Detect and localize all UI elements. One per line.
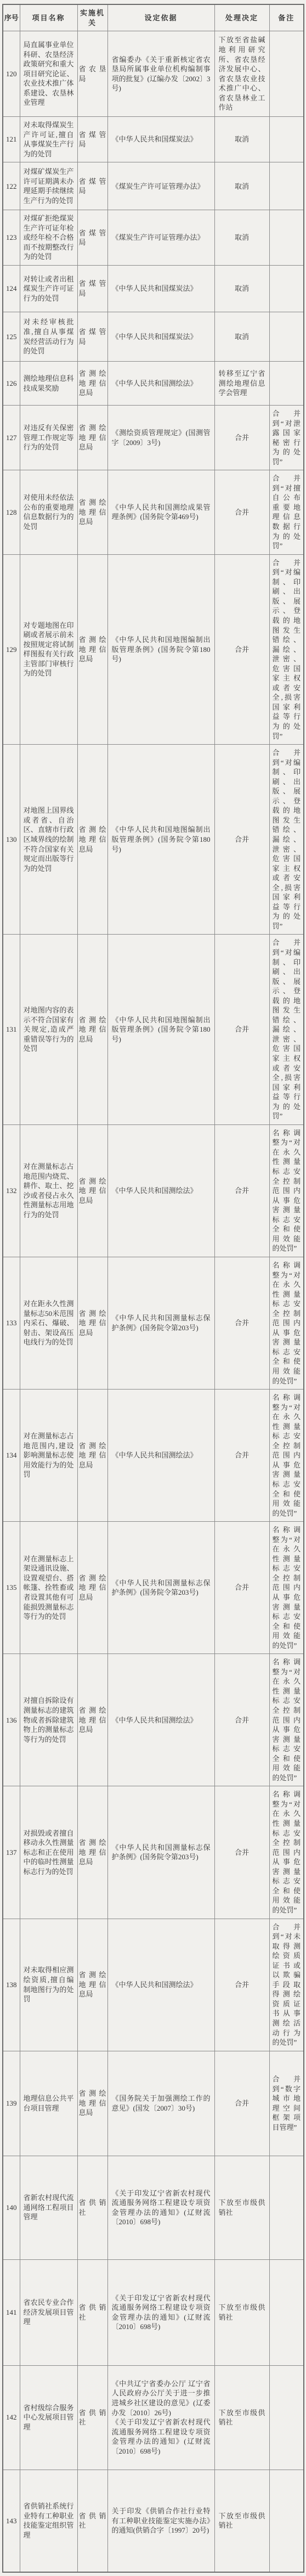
table-row: 137对损毁或者擅自移动永久性测量标志和正在使用中的临时性测量标志行为的处罚省测… (3, 1786, 304, 1919)
cell-basis: 《中华人民共和国地图编制出版管理条例》(国务院令第180号) (107, 745, 214, 935)
cell-num: 134 (3, 1390, 20, 1522)
cell-basis: 《中华人民共和国测量标志保护条例》(国务院令第203号) (107, 1786, 214, 1919)
cell-name: 对专题地图在印刷或者展示前未按照规定将试制样图报有关行政主管部门审核行为的处罚 (20, 554, 77, 744)
cell-name: 对未取得煤炭生产许可证,擅自从事煤炭生产行为的处罚 (20, 117, 77, 162)
cell-agency: 省测绘地理信息局 (77, 935, 107, 1124)
column-header-num: 序号 (3, 4, 20, 31)
cell-basis: 省编委办《关于重新核定省农垦局所属事业单位机构编制事项的批复》(辽编办发〔200… (107, 31, 214, 117)
cell-basis: 《中华人民共和国煤炭法》 (107, 266, 214, 312)
cell-decision: 转移至辽宁省测绘地理信息学会管理 (214, 362, 269, 406)
cell-agency: 省测绘地理信息局 (77, 1124, 107, 1257)
cell-remark (269, 362, 304, 406)
table-row: 121对未取得煤炭生产许可证,擅自从事煤炭生产行为的处罚省煤管局《中华人民共和国… (3, 117, 304, 162)
header-row: 序号 项目名称 实施机关 设定依据 处理决定 备注 (3, 4, 304, 31)
cell-remark: 名称调整为“对在永久性测量标志安全控制范围内从事危害测量标志安全和使用效能的处罚… (269, 1522, 304, 1654)
cell-agency: 省供销社 (77, 2470, 107, 2572)
cell-num: 138 (3, 1919, 20, 2051)
cell-num: 130 (3, 745, 20, 935)
cell-basis: 《煤炭生产许可证管理办法》 (107, 162, 214, 210)
cell-name: 省农民专业合作经济发展项目管理 (20, 2259, 77, 2365)
table-row: 122对煤矿煤炭生产许可证期满未办理延期手续继续生产行为的处罚省煤管局《煤炭生产… (3, 162, 304, 210)
cell-decision: 下放至市级供销社 (214, 2156, 269, 2259)
table-row: 134对在测量标志占地范围内,建设影响测量标志使用效能行为的处罚省测绘地理信息局… (3, 1390, 304, 1522)
cell-agency: 省煤管局 (77, 266, 107, 312)
cell-remark (269, 117, 304, 162)
table-row: 142省村级综合服务中心发展项目管理省供销社《中共辽宁省委办公厅 辽宁省人民政府… (3, 2365, 304, 2470)
cell-basis: 《中华人民共和国测绘法》 (107, 1919, 214, 2051)
cell-basis: 《中华人民共和国测量标志保护条例》(国务院令第203号) (107, 1257, 214, 1389)
cell-decision: 取消 (214, 162, 269, 210)
table-row: 135对在测量标志上架设通讯设施、设置观望台、搭帐篷、拴牲畜或者设置其他有可能损… (3, 1522, 304, 1654)
cell-remark: 名称调整为“对在永久性测量标志安全控制范围内从事危害测量标志安全和使用效能的处罚… (269, 1390, 304, 1522)
table-row: 132对在测量标志占地范围内烧荒、耕作、取土、挖沙或者侵占永久性测量标志用地行为… (3, 1124, 304, 1257)
cell-agency: 省煤管局 (77, 210, 107, 266)
table-row: 123对煤矿拒绝煤炭生产许可证年检或经年检不合格而不按期整改行为的处罚省煤管局《… (3, 210, 304, 266)
cell-decision: 合并 (214, 1390, 269, 1522)
cell-num: 131 (3, 935, 20, 1124)
cell-decision: 合并 (214, 554, 269, 744)
table-row: 141省农民专业合作经济发展项目管理省供销社《关于印发辽宁省新农村现代流通服务网… (3, 2259, 304, 2365)
cell-name: 对擅自拆除设有测量标志的建筑物或者拆除建筑物上的测量标志等行为的处罚 (20, 1654, 77, 1786)
cell-remark: 合并到“对泄露国家秘密行为的处罚” (269, 406, 304, 470)
table-header: 序号 项目名称 实施机关 设定依据 处理决定 备注 (3, 4, 304, 31)
cell-num: 140 (3, 2156, 20, 2259)
cell-basis: 《中华人民共和国测绘法》 (107, 1390, 214, 1522)
cell-decision: 取消 (214, 266, 269, 312)
table-row: 133对在距永久性测量标志50米范围内采石、爆破、射击、架设高压电线行为的处罚省… (3, 1257, 304, 1389)
cell-num: 141 (3, 2259, 20, 2365)
cell-agency: 省农垦局 (77, 31, 107, 117)
cell-num: 132 (3, 1124, 20, 1257)
table-row: 129对专题地图在印刷或者展示前未按照规定将试制样图报有关行政主管部门审核行为的… (3, 554, 304, 744)
cell-basis: 《中华人民共和国煤炭法》 (107, 117, 214, 162)
cell-agency: 省测绘地理信息局 (77, 362, 107, 406)
cell-name: 对在测量标志上架设通讯设施、设置观望台、搭帐篷、拴牲畜或者设置其他有可能损毁测量… (20, 1522, 77, 1654)
cell-name: 对损毁或者擅自移动永久性测量标志和正在使用中的临时性测量标志行为的处罚 (20, 1786, 77, 1919)
cell-decision: 下放至市级供销社 (214, 2259, 269, 2365)
cell-name: 对在距永久性测量标志50米范围内采石、爆破、射击、架设高压电线行为的处罚 (20, 1257, 77, 1389)
approval-items-table: 序号 项目名称 实施机关 设定依据 处理决定 备注 120局直属事业单位科研、农… (2, 4, 304, 2573)
cell-remark: 名称调整为“对在永久性测量标志安全控制范围内从事危害测量标志安全和使用效能的处罚… (269, 1786, 304, 1919)
column-header-decision: 处理决定 (214, 4, 269, 31)
cell-remark: 名称调整为“对在永久性测量标志安全控制范围内从事危害测量标志安全和使用效能的处罚… (269, 1654, 304, 1786)
cell-agency: 省测绘地理信息局 (77, 1919, 107, 2051)
cell-name: 对在测量标志占地范围内,建设影响测量标志使用效能行为的处罚 (20, 1390, 77, 1522)
table-row: 126测绘地理信息科技成果奖励省测绘地理信息局《中华人民共和国测绘法》转移至辽宁… (3, 362, 304, 406)
cell-agency: 省供销社 (77, 2259, 107, 2365)
cell-remark (269, 2259, 304, 2365)
cell-decision: 合并 (214, 1654, 269, 1786)
document-page: 序号 项目名称 实施机关 设定依据 处理决定 备注 120局直属事业单位科研、农… (0, 0, 306, 2576)
cell-remark (269, 2470, 304, 2572)
cell-decision: 合并 (214, 1786, 269, 1919)
cell-name: 局直属事业单位科研、农垦经济政策研究和重大项目研究论证、农业技术推广体系建设、农… (20, 31, 77, 117)
cell-decision: 合并 (214, 2051, 269, 2156)
cell-agency: 省测绘地理信息局 (77, 470, 107, 554)
cell-name: 对煤矿煤炭生产许可证期满未办理延期手续继续生产行为的处罚 (20, 162, 77, 210)
table-row: 143省供销社系统行业特有工种职业技能鉴定组织管理省供销社关于印发《供销合作社行… (3, 2470, 304, 2572)
table-row: 139地理信息公共平台项目管理省测绘地理信息局《国务院关于加强测绘工作的意见》(… (3, 2051, 304, 2156)
cell-num: 129 (3, 554, 20, 744)
column-header-name: 项目名称 (20, 4, 77, 31)
cell-num: 121 (3, 117, 20, 162)
cell-name: 测绘地理信息科技成果奖励 (20, 362, 77, 406)
cell-num: 133 (3, 1257, 20, 1389)
table-row: 140省新农村现代流通网络工程项目管理省供销社《关于印发辽宁省新农村现代流通服务… (3, 2156, 304, 2259)
cell-basis: 关于印发《供销合作社行业特有工种职业技能鉴定实施办法》的通知(供销合字〔1997… (107, 2470, 214, 2572)
cell-num: 120 (3, 31, 20, 117)
cell-basis: 《关于印发辽宁省新农村现代流通服务网络工程建设专项资金管理办法的通知》(辽财流〔… (107, 2259, 214, 2365)
cell-name: 对煤矿拒绝煤炭生产许可证年检或经年检不合格而不按期整改行为的处罚 (20, 210, 77, 266)
cell-num: 126 (3, 362, 20, 406)
cell-basis: 《中共辽宁省委办公厅 辽宁省人民政府办公厅关于进一步推进城乡社区建设的意见》(辽… (107, 2365, 214, 2470)
cell-remark (269, 31, 304, 117)
cell-agency: 省测绘地理信息局 (77, 1786, 107, 1919)
cell-basis: 《关于印发辽宁省新农村现代流通服务网络工程建设专项资金管理办法的通知》(辽财流〔… (107, 2156, 214, 2259)
cell-remark: 合并到“对编制、印刷、出版、展示、登载的地图发生错绘、漏绘、泄密、危害国家主权或… (269, 935, 304, 1124)
cell-num: 143 (3, 2470, 20, 2572)
cell-agency: 省测绘地理信息局 (77, 406, 107, 470)
cell-basis: 《中华人民共和国测绘成果管理条例》(国务院令第469号) (107, 470, 214, 554)
cell-remark: 合并到“对擅自公布重要地理信息数据行为的处罚” (269, 470, 304, 554)
column-header-agency: 实施机关 (77, 4, 107, 31)
cell-decision: 合并 (214, 935, 269, 1124)
cell-decision: 合并 (214, 406, 269, 470)
cell-name: 对转让或者出租煤炭生产许可证行为的处罚 (20, 266, 77, 312)
cell-decision: 合并 (214, 1919, 269, 2051)
table-row: 125对未经审核批准,擅自从事煤炭经营活动行为的处罚省煤管局《中华人民共和国煤炭… (3, 312, 304, 362)
cell-agency: 省测绘地理信息局 (77, 745, 107, 935)
cell-name: 对地图上国界线或者省、自治区、直辖市行政区域界线的绘制不符合国家有关规定而出版等… (20, 745, 77, 935)
cell-decision: 合并 (214, 470, 269, 554)
cell-remark: 名称调整为“对在永久性测量标志安全控制范围内从事危害测量标志安全和使用效能的处罚… (269, 1257, 304, 1389)
table-row: 128对使用未经依法公布的重要地理信息数据行为的处罚省测绘地理信息局《中华人民共… (3, 470, 304, 554)
cell-remark (269, 2365, 304, 2470)
cell-remark: 合并到“对编制、印刷、出版、展示、登载的地图发生错绘、漏绘、泄密、危害国家主权或… (269, 745, 304, 935)
cell-decision: 下放至省盐碱地利用研究所、省农垦经济发展中心、省农垦农业技术推广中心、省农垦林业… (214, 31, 269, 117)
cell-agency: 省供销社 (77, 2365, 107, 2470)
cell-num: 137 (3, 1786, 20, 1919)
cell-agency: 省煤管局 (77, 312, 107, 362)
cell-name: 省新农村现代流通网络工程项目管理 (20, 2156, 77, 2259)
cell-basis: 《中华人民共和国测绘法》 (107, 362, 214, 406)
cell-num: 139 (3, 2051, 20, 2156)
cell-agency: 省供销社 (77, 2156, 107, 2259)
cell-decision: 取消 (214, 210, 269, 266)
cell-name: 省村级综合服务中心发展项目管理 (20, 2365, 77, 2470)
table-row: 136对擅自拆除设有测量标志的建筑物或者拆除建筑物上的测量标志等行为的处罚省测绘… (3, 1654, 304, 1786)
cell-basis: 《煤炭生产许可证管理办法》 (107, 210, 214, 266)
cell-remark (269, 266, 304, 312)
table-body: 120局直属事业单位科研、农垦经济政策研究和重大项目研究论证、农业技术推广体系建… (3, 31, 304, 2573)
cell-agency: 省测绘地理信息局 (77, 1390, 107, 1522)
column-header-remark: 备注 (269, 4, 304, 31)
cell-remark (269, 2156, 304, 2259)
cell-name: 对未取得相应测绘资质,擅自编制地图行为的处罚 (20, 1919, 77, 2051)
cell-decision: 取消 (214, 117, 269, 162)
table-row: 138对未取得相应测绘资质,擅自编制地图行为的处罚省测绘地理信息局《中华人民共和… (3, 1919, 304, 2051)
table-row: 124对转让或者出租煤炭生产许可证行为的处罚省煤管局《中华人民共和国煤炭法》取消 (3, 266, 304, 312)
cell-decision: 合并 (214, 1124, 269, 1257)
cell-name: 对未经审核批准,擅自从事煤炭经营活动行为的处罚 (20, 312, 77, 362)
cell-num: 128 (3, 470, 20, 554)
cell-basis: 《中华人民共和国测绘法》 (107, 1654, 214, 1786)
column-header-basis: 设定依据 (107, 4, 214, 31)
cell-num: 135 (3, 1522, 20, 1654)
cell-agency: 省煤管局 (77, 162, 107, 210)
table-row: 131对地图内容的表示不符合国家有关规定,造成严重错误等行为的处罚省测绘地理信息… (3, 935, 304, 1124)
cell-remark (269, 162, 304, 210)
table-row: 130对地图上国界线或者省、自治区、直辖市行政区域界线的绘制不符合国家有关规定而… (3, 745, 304, 935)
cell-name: 地理信息公共平台项目管理 (20, 2051, 77, 2156)
cell-decision: 合并 (214, 1522, 269, 1654)
cell-basis: 《中华人民共和国地图编制出版管理条例》(国务院令第180号) (107, 554, 214, 744)
cell-basis: 《国务院关于加强测绘工作的意见》(国发〔2007〕30号) (107, 2051, 214, 2156)
cell-decision: 合并 (214, 1257, 269, 1389)
cell-remark: 名称调整为“对在永久性测量标志安全控制范围内从事危害测量标志安全和使用效能的处罚… (269, 1124, 304, 1257)
cell-num: 142 (3, 2365, 20, 2470)
table-row: 120局直属事业单位科研、农垦经济政策研究和重大项目研究论证、农业技术推广体系建… (3, 31, 304, 117)
cell-agency: 省测绘地理信息局 (77, 1522, 107, 1654)
cell-decision: 下放至市级供销社 (214, 2470, 269, 2572)
cell-num: 125 (3, 312, 20, 362)
cell-agency: 省测绘地理信息局 (77, 1257, 107, 1389)
cell-num: 127 (3, 406, 20, 470)
cell-agency: 省煤管局 (77, 117, 107, 162)
cell-remark (269, 210, 304, 266)
cell-name: 对违反有关保密管理工作规定等行为的处罚 (20, 406, 77, 470)
cell-basis: 《中华人民共和国煤炭法》 (107, 312, 214, 362)
cell-agency: 省测绘地理信息局 (77, 2051, 107, 2156)
cell-decision: 下放至市级供销社 (214, 2365, 269, 2470)
cell-num: 122 (3, 162, 20, 210)
cell-remark: 合并到“对未取得测绘资质证书或以欺骗手段取得测绘资质证书从事测绘活动行为的处罚” (269, 1919, 304, 2051)
cell-decision: 合并 (214, 745, 269, 935)
cell-name: 对地图内容的表示不符合国家有关规定,造成严重错误等行为的处罚 (20, 935, 77, 1124)
cell-basis: 《中华人民共和国地图编制出版管理条例》(国务院令第180号) (107, 935, 214, 1124)
table-row: 127对违反有关保密管理工作规定等行为的处罚省测绘地理信息局《测绘资质管理规定》… (3, 406, 304, 470)
cell-agency: 省测绘地理信息局 (77, 554, 107, 744)
cell-remark: 合并到“数字城市地理空间框架项目管理” (269, 2051, 304, 2156)
cell-basis: 《中华人民共和国测量标志保护条例》(国务院令第203号) (107, 1522, 214, 1654)
cell-name: 省供销社系统行业特有工种职业技能鉴定组织管理 (20, 2470, 77, 2572)
cell-name: 对使用未经依法公布的重要地理信息数据行为的处罚 (20, 470, 77, 554)
cell-agency: 省测绘地理信息局 (77, 1654, 107, 1786)
cell-num: 124 (3, 266, 20, 312)
cell-num: 123 (3, 210, 20, 266)
cell-num: 136 (3, 1654, 20, 1786)
cell-remark: 合并到“对编制、印刷、出版、展示、登载的地图发生错绘、漏绘、泄密、危害国家主权或… (269, 554, 304, 744)
cell-basis: 《中华人民共和国测绘法》 (107, 1124, 214, 1257)
cell-basis: 《测绘资质管理规定》(国测管字〔2009〕3号) (107, 406, 214, 470)
cell-decision: 取消 (214, 312, 269, 362)
cell-name: 对在测量标志占地范围内烧荒、耕作、取土、挖沙或者侵占永久性测量标志用地行为的处罚 (20, 1124, 77, 1257)
cell-remark (269, 312, 304, 362)
